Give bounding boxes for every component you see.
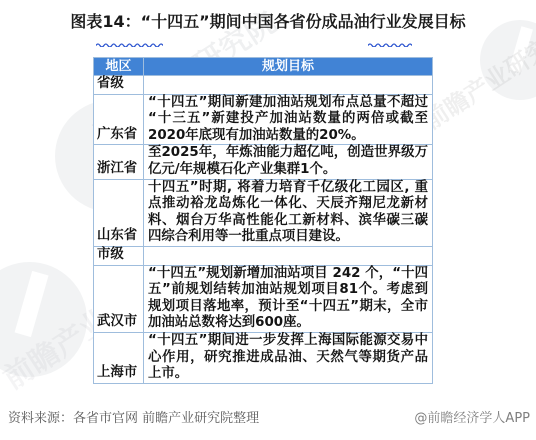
region-cell: 浙江省 — [94, 145, 144, 179]
watermark-logo-icon — [0, 262, 87, 377]
region-cell: 省级 — [94, 76, 144, 95]
goal-cell: “十四五”期间进一步发挥上海国际能源交易中心作用，研究推进成品油、天然气等期货产… — [144, 332, 433, 383]
table-row: 上海市 “十四五”期间进一步发挥上海国际能源交易中心作用，研究推进成品油、天然气… — [94, 332, 433, 383]
squiggle-underline-left-icon — [96, 42, 163, 47]
source-note: 资料来源：各省市官网 前瞻产业研究院整理 — [8, 407, 259, 426]
credit-note: @前瞻经济学人APP — [414, 407, 530, 426]
region-cell: 山东省 — [94, 179, 144, 246]
table-row: 浙江省 至2025年，年炼油能力超亿吨，创造世界级万亿元/年规模石化产业集群1个… — [94, 145, 433, 179]
column-header-region: 地区 — [94, 58, 144, 76]
region-cell: 上海市 — [94, 332, 144, 383]
table-row: 武汉市 “十四五”规划新增加油站项目 242 个，“十四五”前规划结转加油站规划… — [94, 265, 433, 332]
table-row: 广东省 “十四五”期间新建加油站规划布点总量不超过“十三五”新建投产加油站数量的… — [94, 94, 433, 145]
goal-cell — [144, 246, 433, 265]
region-cell: 市级 — [94, 246, 144, 265]
table-row: 市级 — [94, 246, 433, 265]
figure-title: 图表14：“十四五”期间中国各省份成品油行业发展目标 — [0, 9, 536, 32]
column-header-goal: 规划目标 — [144, 58, 433, 76]
table-row: 山东省 十四五”时期, 将着力培育千亿级化工园区, 重点推动裕龙岛炼化一体化、天… — [94, 179, 433, 246]
watermark-logo-icon — [480, 20, 536, 100]
region-cell: 武汉市 — [94, 265, 144, 332]
goal-cell: 十四五”时期, 将着力培育千亿级化工园区, 重点推动裕龙岛炼化一体化、天辰齐翔尼… — [144, 179, 433, 246]
table-header-row: 地区 规划目标 — [94, 58, 433, 76]
goal-cell: “十四五”规划新增加油站项目 242 个，“十四五”前规划结转加油站规划项目81… — [144, 265, 433, 332]
region-cell: 广东省 — [94, 94, 144, 145]
table-row: 省级 — [94, 76, 433, 95]
squiggle-underline-right-icon — [368, 42, 412, 47]
goal-cell: “十四五”期间新建加油站规划布点总量不超过“十三五”新建投产加油站数量的两倍或截… — [144, 94, 433, 145]
goals-table: 地区 规划目标 省级 广东省 “十四五”期间新建加油站规划布点总量不超过“十三五… — [93, 57, 433, 384]
goal-cell — [144, 76, 433, 95]
table-body: 省级 广东省 “十四五”期间新建加油站规划布点总量不超过“十三五”新建投产加油站… — [94, 76, 433, 384]
goal-cell: 至2025年，年炼油能力超亿吨，创造世界级万亿元/年规模石化产业集群1个。 — [144, 145, 433, 179]
figure-page: 前瞻产业研究院 前瞻产业研究院 前瞻产业研究院 图表14：“十四五”期间中国各省… — [0, 0, 536, 440]
